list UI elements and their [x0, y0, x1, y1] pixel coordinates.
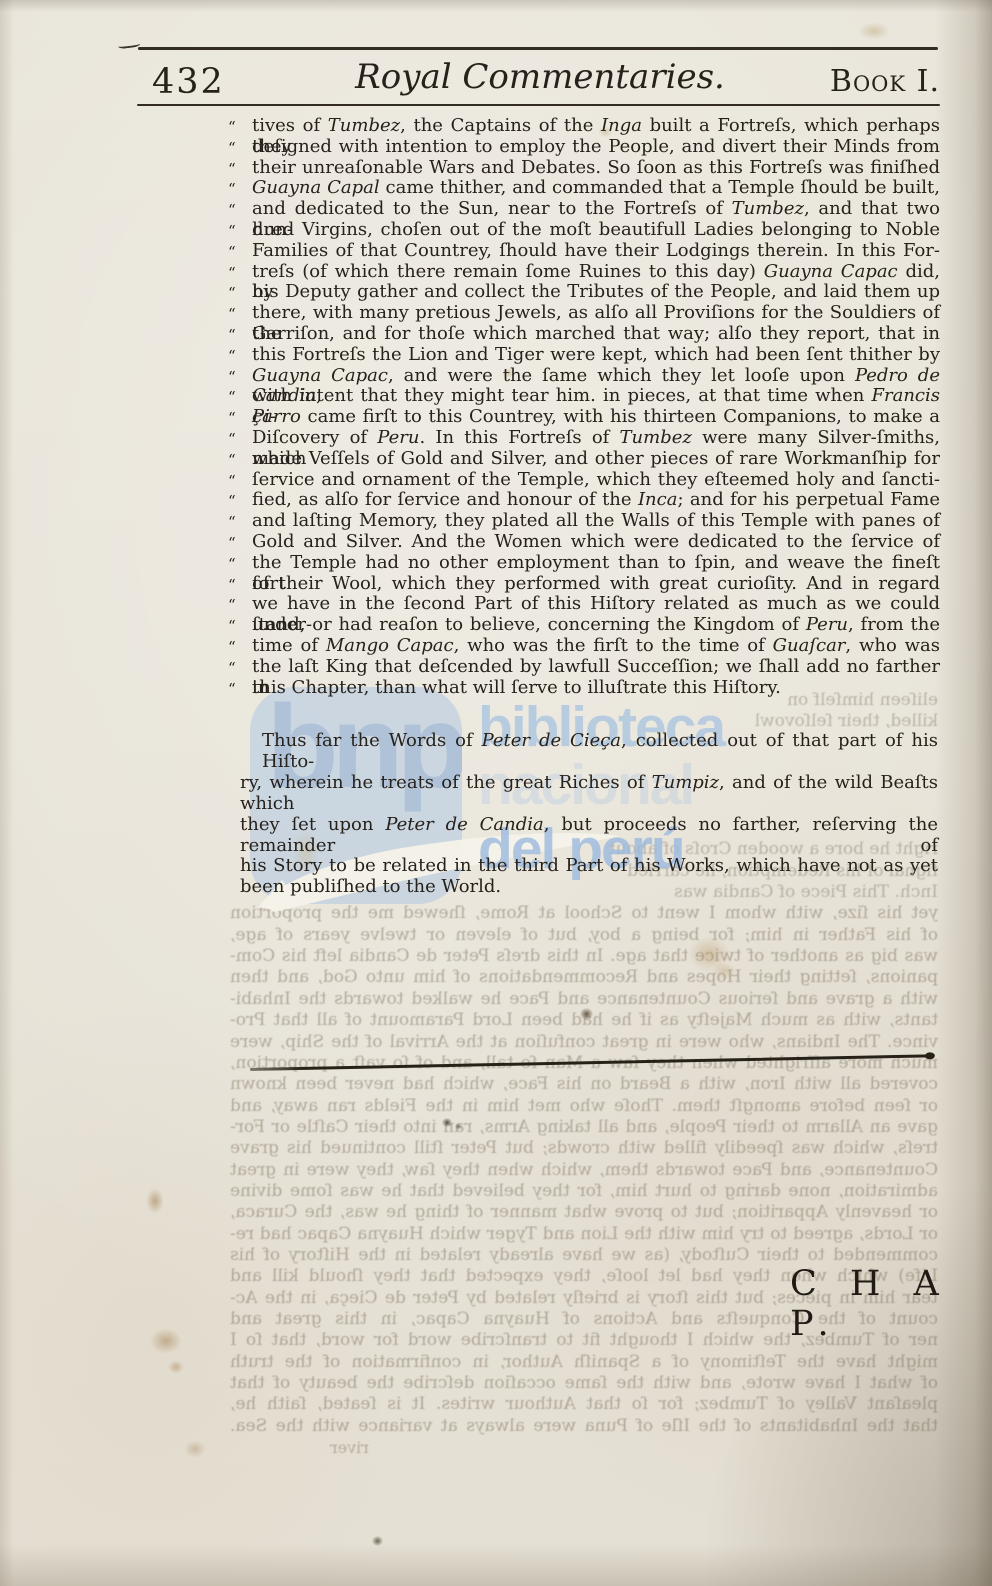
- quoted-line-text: with intent that they might tear him. in…: [252, 386, 940, 407]
- quote-mark: “: [228, 511, 252, 532]
- quote-mark: “: [228, 615, 252, 636]
- quoted-line-text: his Deputy gather and collect the Tribut…: [252, 282, 940, 303]
- quoted-text-line: “tives of Tumbez, the Captains of the In…: [228, 116, 940, 137]
- quote-mark: “: [228, 594, 252, 615]
- quoted-text-line: “their unreaſonable Wars and Debates. So…: [228, 158, 940, 179]
- printed-text-layer: 432 Royal Commentaries. Book I. “tives o…: [0, 0, 992, 1586]
- quoted-text-line: “ſervice and ornament of the Temple, whi…: [228, 470, 940, 491]
- quote-mark: “: [228, 366, 252, 387]
- quoted-line-text: the Temple had no other employment than …: [252, 553, 940, 574]
- quoted-line-text: ſervice and ornament of the Temple, whic…: [252, 470, 940, 491]
- quoted-text-line: “and laſting Memory, they plated all the…: [228, 511, 940, 532]
- quote-mark: “: [228, 220, 252, 241]
- quoted-line-text: and laſting Memory, they plated all the …: [252, 511, 940, 532]
- paragraph-line: his Story to be related in the third Par…: [240, 856, 938, 877]
- quoted-line-text: their unreaſonable Wars and Debates. So …: [252, 158, 940, 179]
- quoted-text-line: “Guayna Capac, and were the ſame which t…: [228, 366, 940, 387]
- quoted-line-text: tives of Tumbez, the Captains of the Ing…: [252, 116, 940, 137]
- quoted-text-line: “Garriſon, and for thoſe which marched t…: [228, 324, 940, 345]
- quoted-line-text: made Veſſels of Gold and Silver, and oth…: [252, 449, 940, 470]
- quoted-text-line: “this Chapter, than what will ſerve to i…: [228, 678, 940, 699]
- quote-mark: “: [228, 553, 252, 574]
- quoted-text-line: “dred Virgins, choſen out of the moſt be…: [228, 220, 940, 241]
- quote-mark: “: [228, 199, 252, 220]
- quoted-line-text: Gold and Silver. And the Women which wer…: [252, 532, 940, 553]
- paragraph-line: they ſet upon Peter de Candia, but proce…: [240, 815, 938, 857]
- closing-paragraph: Thus far the Words of Peter de Cieça, co…: [240, 731, 938, 898]
- quote-mark: “: [228, 324, 252, 345]
- quoted-line-text: dred Virgins, choſen out of the moſt bea…: [252, 220, 940, 241]
- quoted-line-text: Garriſon, and for thoſe which marched th…: [252, 324, 940, 345]
- quote-mark: “: [228, 636, 252, 657]
- book-page-scan: eliſeen himſelf onkilled, their ſelſovow…: [0, 0, 992, 1586]
- quoted-text-line: “time of Mango Capac, who was the firſt …: [228, 636, 940, 657]
- quoted-line-text: this Chapter, than what will ſerve to il…: [252, 678, 940, 699]
- quoted-text-line: “treſs (of which there remain ſome Ruine…: [228, 262, 940, 283]
- quote-mark: “: [228, 282, 252, 303]
- quoted-text-line: “the Temple had no other employment than…: [228, 553, 940, 574]
- chapter-heading: C H A P.: [790, 1264, 992, 1344]
- quote-mark: “: [228, 574, 252, 595]
- quote-mark: “: [228, 428, 252, 449]
- quoted-passage: “tives of Tumbez, the Captains of the In…: [228, 116, 940, 698]
- running-title: Royal Commentaries.: [140, 57, 940, 97]
- rule-start-mark: [118, 40, 141, 50]
- quoted-line-text: this Fortreſs the Lion and Tiger were ke…: [252, 345, 940, 366]
- quoted-line-text: deſigned with intention to employ the Pe…: [252, 137, 940, 158]
- quoted-line-text: fied, as alſo for ſervice and honour of …: [252, 490, 940, 511]
- quoted-text-line: “deſigned with intention to employ the P…: [228, 137, 940, 158]
- header-rule-bottom: [137, 104, 940, 106]
- quoted-line-text: there, with many pretious Jewels, as alſ…: [252, 303, 940, 324]
- quoted-text-line: “Gold and Silver. And the Women which we…: [228, 532, 940, 553]
- quoted-text-line: “çarro came firſt to this Countrey, with…: [228, 407, 940, 428]
- quoted-text-line: “Diſcovery of Peru. In this Fortreſs of …: [228, 428, 940, 449]
- quoted-text-line: “we have in the ſecond Part of this Hiſt…: [228, 594, 940, 615]
- paragraph-line: Thus far the Words of Peter de Cieça, co…: [240, 731, 938, 773]
- quoted-line-text: Families of that Countrey, ſhould have t…: [252, 241, 940, 262]
- quoted-text-line: “fied, as alſo for ſervice and honour of…: [228, 490, 940, 511]
- header-rule-top: [138, 47, 938, 50]
- quote-mark: “: [228, 449, 252, 470]
- quote-mark: “: [228, 158, 252, 179]
- book-label: Book I.: [830, 64, 940, 99]
- quote-mark: “: [228, 678, 252, 699]
- quoted-line-text: time of Mango Capac, who was the firſt t…: [252, 636, 940, 657]
- quote-mark: “: [228, 303, 252, 324]
- quoted-line-text: Guayna Capal came thither, and commanded…: [252, 178, 940, 199]
- quoted-line-text: çarro came firſt to this Countrey, with …: [252, 407, 940, 428]
- quote-mark: “: [228, 407, 252, 428]
- quoted-line-text: treſs (of which there remain ſome Ruines…: [252, 262, 940, 283]
- quoted-text-line: “made Veſſels of Gold and Silver, and ot…: [228, 449, 940, 470]
- quoted-line-text: of their Wool, which they performed with…: [252, 574, 940, 595]
- quoted-text-line: “with intent that they might tear him. i…: [228, 386, 940, 407]
- quoted-text-line: “this Fortreſs the Lion and Tiger were k…: [228, 345, 940, 366]
- handwritten-ink-line: [250, 1054, 932, 1071]
- quote-mark: “: [228, 470, 252, 491]
- quoted-text-line: “Guayna Capal came thither, and commande…: [228, 178, 940, 199]
- quoted-text-line: “there, with many pretious Jewels, as al…: [228, 303, 940, 324]
- quoted-line-text: Diſcovery of Peru. In this Fortreſs of T…: [252, 428, 940, 449]
- quoted-line-text: Guayna Capac, and were the ſame which th…: [252, 366, 940, 387]
- quote-mark: “: [228, 241, 252, 262]
- quoted-text-line: “the laſt King that deſcended by lawfull…: [228, 657, 940, 678]
- quoted-text-line: “and dedicated to the Sun, near to the F…: [228, 199, 940, 220]
- quoted-line-text: and dedicated to the Sun, near to the Fo…: [252, 199, 940, 220]
- quote-mark: “: [228, 178, 252, 199]
- quote-mark: “: [228, 116, 252, 137]
- quote-mark: “: [228, 532, 252, 553]
- quoted-line-text: ſtand, or had reaſon to believe, concern…: [252, 615, 940, 636]
- quoted-line-text: the laſt King that deſcended by lawfull …: [252, 657, 940, 678]
- quote-mark: “: [228, 657, 252, 678]
- quote-mark: “: [228, 262, 252, 283]
- quoted-text-line: “his Deputy gather and collect the Tribu…: [228, 282, 940, 303]
- quoted-text-line: “of their Wool, which they performed wit…: [228, 574, 940, 595]
- quoted-line-text: we have in the ſecond Part of this Hiſto…: [252, 594, 940, 615]
- quoted-text-line: “Families of that Countrey, ſhould have …: [228, 241, 940, 262]
- paragraph-line: ry, wherein he treats of the great Riche…: [240, 773, 938, 815]
- quoted-text-line: “ſtand, or had reaſon to believe, concer…: [228, 615, 940, 636]
- quote-mark: “: [228, 345, 252, 366]
- quote-mark: “: [228, 137, 252, 158]
- paragraph-line: been publiſhed to the World.: [240, 877, 938, 898]
- quote-mark: “: [228, 490, 252, 511]
- quote-mark: “: [228, 386, 252, 407]
